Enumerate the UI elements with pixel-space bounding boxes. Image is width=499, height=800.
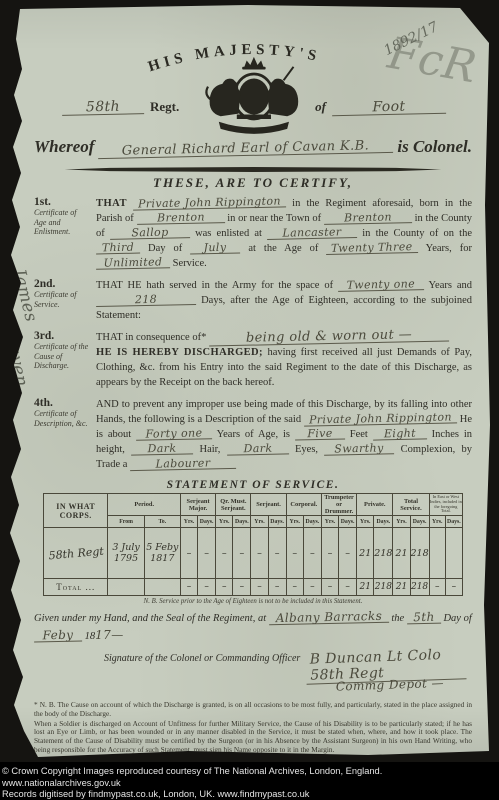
printed-text: THAT HE hath served in the Army for the … — [96, 280, 333, 291]
section-3-number: 3rd. — [34, 330, 90, 342]
footer-line-1: © Crown Copyright Images reproduced cour… — [2, 766, 497, 789]
col-days: Days. — [233, 516, 251, 528]
col-private: Private. — [357, 494, 393, 516]
col-trumpeter-drummer: Trumpeter or Drummer. — [321, 494, 356, 516]
photo-backdrop: 1892/17 FcR James McHayen HIS MAJESTY'S — [0, 0, 499, 800]
given-under-hand-line: Given under my Hand, and the Seal of the… — [34, 611, 472, 645]
section-3-side-label: Certificate of the Cause of Discharge. — [34, 342, 90, 371]
cell-total-yrs: 21 — [393, 528, 410, 579]
document-header: HIS MAJESTY'S — [34, 13, 472, 163]
col-total-service: Total Service. — [393, 494, 429, 516]
printed-text: was enlisted at — [195, 228, 262, 239]
service-table-row: 58th Regt 3 July 1795 5 Feby 1817 – – – … — [44, 528, 463, 579]
cell-value: – — [286, 579, 303, 596]
cell-empty — [108, 579, 144, 596]
section-2-text: THAT HE hath served in the Army for the … — [96, 278, 472, 323]
footnote-paragraph-1: * N. B. The Cause on account of which th… — [34, 701, 472, 719]
col-yrs: Yrs. — [286, 516, 303, 528]
col-period: Period. — [108, 494, 181, 516]
col-yrs: Yrs. — [251, 516, 268, 528]
cell-value: – — [233, 579, 251, 596]
col-days: Days. — [198, 516, 216, 528]
fill-eyes: Dark — [227, 442, 289, 455]
discharge-certificate-document: 1892/17 FcR James McHayen HIS MAJESTY'S — [8, 5, 490, 759]
section-1-side-label: Certificate of Age and Enlistment. — [34, 208, 90, 237]
fill-county-born: Sallop — [110, 226, 190, 240]
cell-value: – — [198, 528, 216, 579]
fill-enlist-age: Twenty Three — [326, 241, 418, 255]
cell-value: – — [286, 528, 303, 579]
fill-days-served: 218 — [96, 293, 196, 307]
fill-given-year: 17— — [95, 628, 123, 642]
table-nota-bene: N. B. Service prior to the Age of Eighte… — [34, 598, 472, 605]
cell-value: – — [321, 528, 338, 579]
tapered-rule-divider — [65, 167, 442, 172]
cell-total-days: 218 — [410, 528, 429, 579]
fill-soldier-name: Private John Rippington — [133, 195, 286, 210]
printed-text: Feet — [350, 429, 368, 440]
col-yrs: Yrs. — [357, 516, 374, 528]
printed-text: Eyes, — [295, 444, 318, 455]
fill-inches: Eight — [373, 427, 427, 440]
section-4-side-label: Certificate of Description, &c. — [34, 409, 90, 428]
col-corporal: Corporal. — [286, 494, 321, 516]
cell-value — [429, 528, 445, 579]
statement-of-service-title: STATEMENT OF SERVICE. — [34, 479, 472, 491]
col-yrs: Yrs. — [429, 516, 445, 528]
cell-empty — [144, 579, 180, 596]
section-4-text: AND to prevent any improper use being ma… — [96, 397, 472, 472]
royal-coat-of-arms — [190, 55, 316, 138]
fill-trade: Labourer — [130, 457, 236, 471]
fill-enlist-month: July — [190, 241, 240, 254]
of-label: of — [315, 99, 326, 115]
fill-hair: Dark — [131, 442, 193, 455]
section-2-side-label: Certificate of Service. — [34, 290, 90, 309]
col-in-what-corps: IN WHAT CORPS. — [44, 494, 108, 528]
cell-value: – — [216, 528, 233, 579]
cell-total-private-days: 218 — [374, 579, 393, 596]
fill-description-name: Private John Rippington — [304, 411, 457, 426]
cell-value: – — [268, 579, 286, 596]
fill-town: Brenton — [324, 211, 412, 225]
cell-corps: 58th Regt — [41, 525, 110, 581]
printed-text: Years, for — [426, 243, 472, 254]
section-1-number: 1st. — [34, 196, 90, 208]
fill-discharge-cause: being old & worn out — — [209, 327, 449, 346]
cell-value: – — [303, 579, 321, 596]
col-serjeant-major: Serjeant Major. — [180, 494, 215, 516]
fill-complexion: Swarthy — [324, 442, 394, 455]
is-colonel-label: is Colonel. — [397, 137, 472, 157]
col-days: Days. — [268, 516, 286, 528]
col-days: Days. — [339, 516, 357, 528]
fill-enlist-day: Third — [96, 242, 140, 255]
cell-grand-total-days: 218 — [410, 579, 429, 596]
printed-text: THAT in consequence of* — [96, 332, 206, 343]
cell-grand-total-yrs: 21 — [393, 579, 410, 596]
section-4-description: 4th. Certificate of Description, &c. AND… — [34, 397, 472, 472]
whereof-label: Whereof — [34, 137, 94, 157]
cell-to: 5 Feby 1817 — [144, 528, 180, 579]
cell-value: – — [268, 528, 286, 579]
fill-enlist-place: Lancaster — [267, 226, 357, 240]
printed-text: Given under my Hand, and the Seal of the… — [34, 613, 266, 624]
col-yrs: Yrs. — [321, 516, 338, 528]
fill-given-place: Albany Barracks — [269, 610, 389, 626]
col-serjeant: Serjeant. — [251, 494, 286, 516]
printed-text: on the — [444, 228, 472, 239]
cell-value: – — [216, 579, 233, 596]
footer-line-2: Records digitised by findmypast.co.uk, L… — [2, 789, 497, 800]
archive-copyright-footer: © Crown Copyright Images reproduced cour… — [0, 762, 499, 800]
fill-given-month: Feby — [34, 628, 82, 642]
section-3-text: THAT in consequence of* being old & worn… — [96, 330, 472, 390]
cell-value: – — [180, 579, 197, 596]
printed-text: at the Age of — [248, 243, 318, 254]
printed-text: in or near the Town of — [227, 213, 321, 224]
fill-regiment-type: Foot — [332, 99, 446, 116]
fill-feet: Five — [295, 427, 345, 440]
section-2-service: 2nd. Certificate of Service. THAT HE hat… — [34, 278, 472, 323]
cell-value: – — [180, 528, 197, 579]
fill-parish: Brenton — [136, 211, 224, 225]
col-qr-must-serjeant: Qr. Must. Serjeant. — [216, 494, 251, 516]
printed-text: Years and — [429, 280, 473, 291]
cell-value: – — [339, 579, 357, 596]
printed-text: Day of — [148, 243, 182, 254]
col-days: Days. — [374, 516, 393, 528]
printed-text: Day of — [443, 613, 471, 624]
section-3-cause-of-discharge: 3rd. Certificate of the Cause of Dischar… — [34, 330, 472, 390]
fill-colonel-name: General Richard Earl of Cavan K.B. — [98, 139, 393, 159]
whereof-line: Whereof General Richard Earl of Cavan K.… — [34, 137, 472, 157]
signature-label: Signature of the Colonel or Commanding O… — [104, 653, 300, 664]
hereby-discharged-phrase: HE IS HEREBY DISCHARGED; — [96, 347, 263, 358]
footnote-block: * N. B. The Cause on account of which th… — [34, 701, 472, 755]
certify-heading: THESE, ARE TO CERTIFY, — [34, 175, 472, 191]
fill-given-day: 5th — [407, 611, 441, 625]
cell-from: 3 July 1795 — [108, 528, 144, 579]
cell-private-days: 218 — [374, 528, 393, 579]
col-to: To. — [144, 516, 180, 528]
cell-value: – — [339, 528, 357, 579]
col-days: Days. — [445, 516, 462, 528]
cell-value: – — [303, 528, 321, 579]
fill-service-type: Unlimited — [96, 256, 170, 270]
cell-value: – — [429, 579, 445, 596]
service-table-total-row: Total ... – – – – – – – – – – 21 218 21 — [44, 579, 463, 596]
printed-text: Service. — [173, 258, 207, 269]
col-from: From — [108, 516, 144, 528]
regt-label: Regt. — [150, 99, 179, 115]
section-1-text: THAT Private John Rippington in the Regi… — [96, 196, 472, 271]
col-days: Days. — [410, 516, 429, 528]
col-yrs: Yrs. — [180, 516, 197, 528]
cell-total-private-yrs: 21 — [357, 579, 374, 596]
printed-text: the — [391, 613, 404, 624]
printed-that: THAT — [96, 198, 127, 209]
printed-text: Hair, — [200, 444, 221, 455]
col-east-west-indies: In East or West Indies, included in the … — [429, 494, 462, 516]
statement-of-service-table: IN WHAT CORPS. Period. Serjeant Major. Q… — [43, 493, 463, 596]
fill-description-age: Forty one — [136, 427, 212, 441]
printed-year-prefix: 18 — [85, 631, 96, 642]
printed-text: in the County of — [362, 228, 438, 239]
cell-value: – — [321, 579, 338, 596]
section-4-number: 4th. — [34, 397, 90, 409]
cell-value: – — [198, 579, 216, 596]
section-2-number: 2nd. — [34, 278, 90, 290]
footnote-paragraph-2: When a Soldier is discharged on Account … — [34, 720, 472, 755]
fill-years-served: Twenty one — [338, 278, 424, 292]
cell-value — [445, 528, 462, 579]
cell-value: – — [445, 579, 462, 596]
cell-private-yrs: 21 — [357, 528, 374, 579]
col-yrs: Yrs. — [393, 516, 410, 528]
cell-value: – — [251, 579, 268, 596]
cell-value: – — [233, 528, 251, 579]
col-days: Days. — [303, 516, 321, 528]
col-yrs: Yrs. — [216, 516, 233, 528]
section-1-age-enlistment: 1st. Certificate of Age and Enlistment. … — [34, 196, 472, 271]
fill-regiment-number: 58th — [62, 99, 144, 116]
cell-value: – — [251, 528, 268, 579]
printed-text: Years of Age, is — [217, 429, 290, 440]
